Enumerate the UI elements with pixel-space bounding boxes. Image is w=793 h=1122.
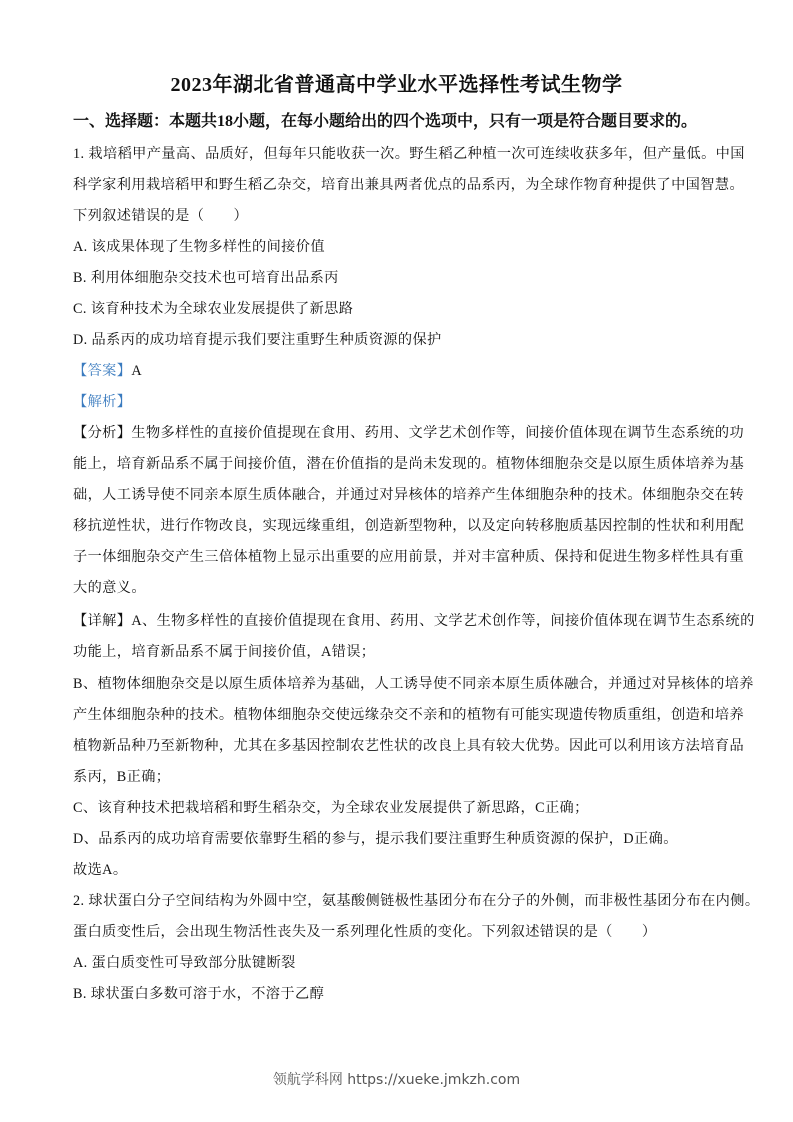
q1-xiangjie-line: C、该育种技术把栽培稻和野生稻杂交，为全球农业发展提供了新思路，C正确； xyxy=(73,797,589,817)
document-page: 2023年湖北省普通高中学业水平选择性考试生物学 一、选择题：本题共18小题，在… xyxy=(0,0,793,1122)
q1-xiangjie-line: 功能上，培育新品系不属于间接价值，A错误； xyxy=(73,641,375,661)
q1-fenxi-line: 子一体细胞杂交产生三倍体植物上显示出重要的应用前景，并对丰富种质、保持和促进生物… xyxy=(73,546,744,566)
q1-answer: 【答案】A xyxy=(73,360,142,380)
fenxi-tag: 【分析】 xyxy=(73,425,131,441)
q1-analysis-heading: 【解析】 xyxy=(73,391,131,411)
q1-option-d: D. 品系丙的成功培育提示我们要注重野生种质资源的保护 xyxy=(73,329,442,349)
q1-stem-line: 科学家利用栽培稻甲和野生稻乙杂交，培育出兼具两者优点的品系丙，为全球作物育种提供… xyxy=(73,174,744,194)
q1-fenxi-line: 【分析】生物多样性的直接价值提现在食用、药用、文学艺术创作等，间接价值体现在调节… xyxy=(73,422,744,442)
answer-value: A xyxy=(131,363,142,379)
q1-fenxi-line: 能上，培育新品系不属于间接价值，潜在价值指的是尚未发现的。植物体细胞杂交是以原生… xyxy=(73,453,744,473)
page-title: 2023年湖北省普通高中学业水平选择性考试生物学 xyxy=(0,68,793,97)
q1-conclusion: 故选A。 xyxy=(73,859,127,879)
section-heading: 一、选择题：本题共18小题，在每小题给出的四个选项中，只有一项是符合题目要求的。 xyxy=(73,108,697,131)
q1-xiangjie-line: 【详解】A、生物多样性的直接价值提现在食用、药用、文学艺术创作等，间接价值体现在… xyxy=(73,610,755,630)
analysis-tag: 【解析】 xyxy=(73,394,131,410)
q1-fenxi-line: 础，人工诱导使不同亲本原生质体融合，并通过对异核体的培养产生体细胞杂种的技术。体… xyxy=(73,484,744,504)
q1-option-b: B. 利用体细胞杂交技术也可培育出品系丙 xyxy=(73,267,339,287)
q1-xiangjie-line: 产生体细胞杂种的技术。植物体细胞杂交使远缘杂交不亲和的植物有可能实现遗传物质重组… xyxy=(73,704,744,724)
q1-fenxi-line: 大的意义。 xyxy=(73,577,146,597)
q1-option-c: C. 该育种技术为全球农业发展提供了新思路 xyxy=(73,298,353,318)
q1-stem-line: 下列叙述错误的是（ ） xyxy=(73,205,248,225)
q1-xiangjie-line: 植物新品种乃至新物种，尤其在多基因控制农艺性状的改良上具有较大优势。因此可以利用… xyxy=(73,735,744,755)
q1-xiangjie-line: D、品系丙的成功培育需要依靠野生稻的参与，提示我们要注重野生种质资源的保护，D正… xyxy=(73,828,678,848)
q1-fenxi-line: 移抗逆性状，进行作物改良，实现远缘重组，创造新型物种，以及定向转移胞质基因控制的… xyxy=(73,515,744,535)
fenxi-text: 生物多样性的直接价值提现在食用、药用、文学艺术创作等，间接价值体现在调节生态系统… xyxy=(131,425,744,441)
xiangjie-text: A、生物多样性的直接价值提现在食用、药用、文学艺术创作等，间接价值体现在调节生态… xyxy=(131,613,754,629)
q1-option-a: A. 该成果体现了生物多样性的间接价值 xyxy=(73,236,325,256)
xiangjie-tag: 【详解】 xyxy=(73,613,131,629)
q1-stem-line: 1. 栽培稻甲产量高、品质好，但每年只能收获一次。野生稻乙种植一次可连续收获多年… xyxy=(73,143,745,163)
q1-xiangjie-line: B、植物体细胞杂交是以原生质体培养为基础，人工诱导使不同亲本原生质体融合，并通过… xyxy=(73,673,754,693)
answer-tag: 【答案】 xyxy=(73,363,131,379)
q1-xiangjie-line: 系丙，B正确； xyxy=(73,766,170,786)
q2-option-a: A. 蛋白质变性可导致部分肽键断裂 xyxy=(73,952,296,972)
q2-stem-line: 蛋白质变性后，会出现生物活性丧失及一系列理化性质的变化。下列叙述错误的是（ ） xyxy=(73,921,657,941)
q2-stem-line: 2. 球状蛋白分子空间结构为外圆中空，氨基酸侧链极性基团分布在分子的外侧，而非极… xyxy=(73,890,759,910)
q2-option-b: B. 球状蛋白多数可溶于水，不溶于乙醇 xyxy=(73,983,324,1003)
footer-watermark: 领航学科网 https://xueke.jmkzh.com xyxy=(0,1069,793,1089)
